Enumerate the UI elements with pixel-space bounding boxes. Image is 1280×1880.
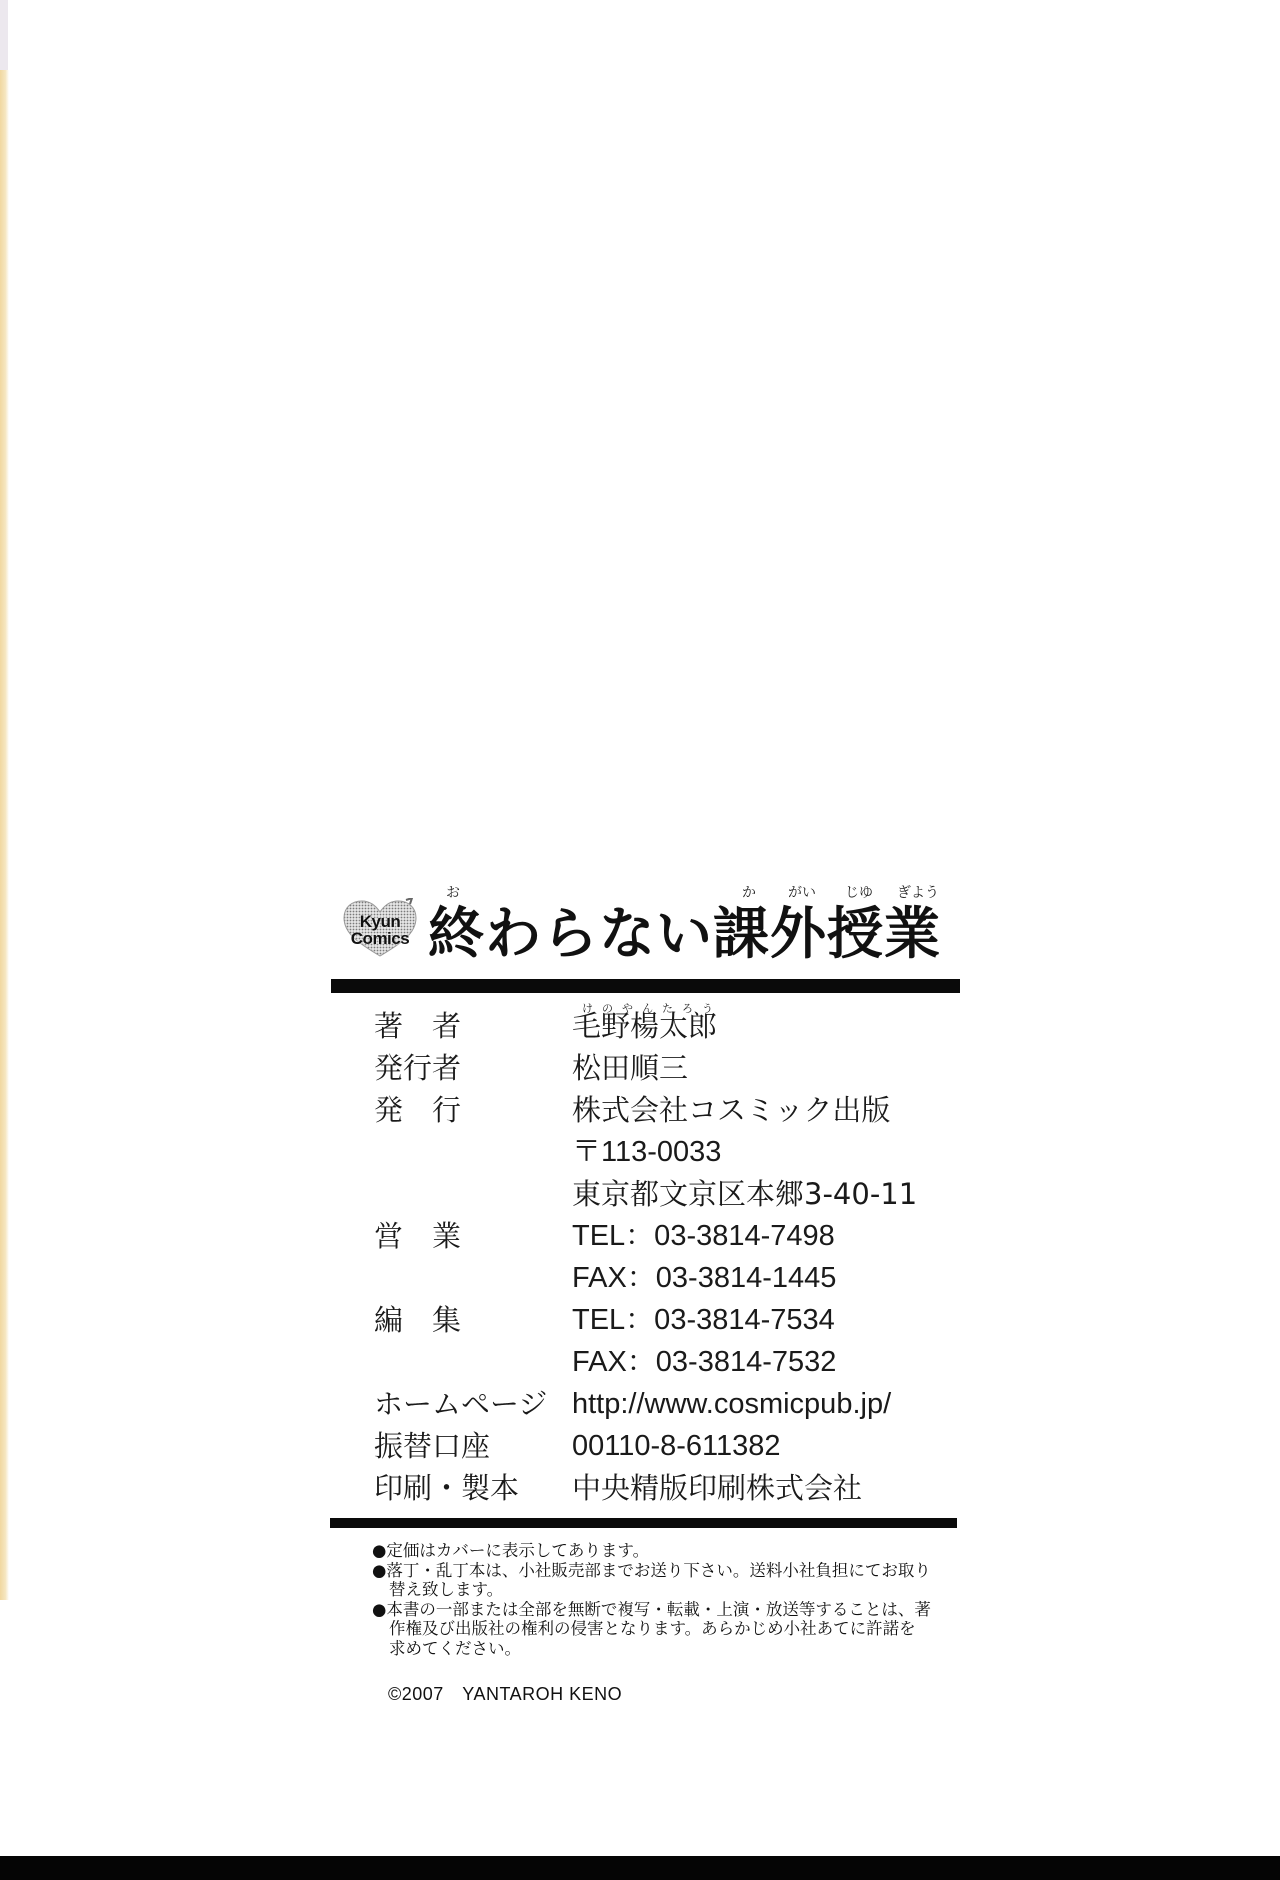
top-divider	[331, 979, 960, 993]
colophon-row: 発 行株式会社コスミック出版	[0, 1090, 1280, 1130]
bottom-divider	[330, 1518, 957, 1528]
row-value: 中央精版印刷株式会社	[572, 1468, 862, 1508]
scan-bottom-bar	[0, 1856, 1280, 1880]
title-ruby-text: ぎよう	[897, 882, 939, 902]
row-label: 営 業	[374, 1216, 461, 1256]
row-value: 東京都文京区本郷3-40-11	[572, 1174, 917, 1214]
colophon-row: FAX：03-3814-1445	[0, 1258, 1280, 1298]
row-value: FAX：03-3814-1445	[572, 1258, 836, 1298]
row-label: 印刷・製本	[374, 1468, 519, 1508]
copyright: ©2007 YANTAROH KENO	[388, 1680, 622, 1706]
note-item: ●定価はカバーに表示してあります。	[372, 1541, 932, 1561]
notes-list: ●定価はカバーに表示してあります。●落丁・乱丁本は、小社販売部までお送り下さい。…	[372, 1541, 932, 1659]
colophon-row: 編 集TEL：03-3814-7534	[0, 1300, 1280, 1340]
colophon-row: 著 者毛野楊太郎	[0, 1006, 1280, 1046]
colophon-row: 振替口座00110-8-611382	[0, 1426, 1280, 1466]
title-ruby-text: じゆ	[845, 882, 873, 902]
logo-text-comics: Comics	[340, 929, 420, 949]
row-value: 毛野楊太郎	[572, 1006, 717, 1046]
colophon-row: 営 業TEL：03-3814-7498	[0, 1216, 1280, 1256]
title-ruby-text: がい	[788, 882, 816, 902]
homepage-link[interactable]: http://www.cosmicpub.jp/	[572, 1384, 891, 1424]
colophon-row: 〒113-0033	[0, 1132, 1280, 1172]
title-ruby-text: お	[446, 882, 460, 902]
row-value: TEL：03-3814-7498	[572, 1216, 835, 1256]
colophon-row: ホームページhttp://www.cosmicpub.jp/	[0, 1384, 1280, 1424]
row-value: 松田順三	[572, 1048, 688, 1088]
row-label: 編 集	[374, 1300, 461, 1340]
colophon-row: 印刷・製本中央精版印刷株式会社	[0, 1468, 1280, 1508]
row-value: 株式会社コスミック出版	[572, 1090, 890, 1130]
row-label: 発行者	[374, 1048, 461, 1088]
note-item: ●落丁・乱丁本は、小社販売部までお送り下さい。送料小社負担にてお取り替え致します…	[372, 1561, 932, 1600]
colophon-row: 東京都文京区本郷3-40-11	[0, 1174, 1280, 1214]
row-value: 00110-8-611382	[572, 1426, 781, 1466]
row-label: 発 行	[374, 1090, 461, 1130]
kyun-comics-logo: Kyun Comics	[340, 898, 420, 960]
row-label: 振替口座	[374, 1426, 490, 1466]
row-value: FAX：03-3814-7532	[572, 1342, 836, 1382]
book-title: 終わらない課外授業	[428, 902, 941, 968]
note-item: ●本書の一部または全部を無断で複写・転載・上演・放送等することは、著作権及び出版…	[372, 1600, 932, 1659]
row-value: 〒113-0033	[572, 1132, 721, 1172]
row-label: ホームページ	[374, 1384, 547, 1424]
row-value: TEL：03-3814-7534	[572, 1300, 835, 1340]
title-ruby-text: か	[742, 882, 756, 902]
colophon-row: 発行者松田順三	[0, 1048, 1280, 1088]
row-label: 著 者	[374, 1006, 461, 1046]
colophon-row: FAX：03-3814-7532	[0, 1342, 1280, 1382]
page-edge-top	[0, 0, 8, 70]
